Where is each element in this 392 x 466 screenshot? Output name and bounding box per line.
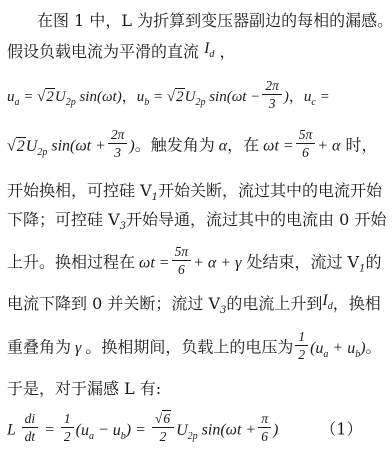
math-run: L (7, 422, 20, 439)
text-run: ， (122, 87, 137, 105)
denominator: 6 (296, 143, 316, 161)
fraction: 5π6 (296, 127, 316, 161)
variable-base: u (7, 89, 15, 105)
variable: uc (304, 89, 316, 105)
fraction: √62 (152, 411, 174, 445)
denominator: 3 (108, 143, 128, 161)
math-run: + (328, 340, 347, 357)
paragraph-line: 开始换相，可控硅 V1开始关断，流过其中的电流开始 (7, 180, 385, 202)
text-run: 。触发角为 (135, 136, 215, 155)
numerator: 2π (262, 78, 282, 94)
variable: U2p (26, 138, 48, 155)
sqrt-expression: √2 (7, 137, 26, 155)
numerator: 2π (108, 127, 128, 143)
math-run: sin(ωt + (47, 138, 106, 155)
paragraph-line: 于是，对于漏感 L 有: (7, 378, 385, 400)
variable: ua (81, 422, 94, 439)
denominator: 2 (295, 345, 308, 363)
variable-base: U (26, 138, 38, 155)
variable-subscript: d (209, 49, 214, 60)
paragraph-line: 重叠角为 γ 。换相期间，负载上的电压为12(ua + ub)。 (7, 331, 385, 365)
numerator: √6 (152, 411, 174, 427)
fraction: 12 (61, 411, 74, 445)
radical-sign: √ (7, 138, 16, 155)
numerator: π (258, 411, 271, 427)
math-run: α (215, 138, 227, 155)
text-run: 电流下降到 0 并关断；流过 V (7, 294, 220, 313)
fraction: 2π3 (108, 127, 128, 161)
sqrt-expression: √6 (155, 410, 171, 426)
text-run: 的电流上升到 (226, 294, 322, 313)
equation-line: √2U2p sin(ωt +2π3)。触发角为 α，在 ωt =5π6+ α 时… (7, 129, 385, 163)
text-run: 处结束，流过 V (241, 253, 359, 272)
math-run: + α + γ (193, 255, 241, 272)
variable-base: U (55, 89, 66, 105)
fraction: π6 (258, 411, 271, 445)
equation-line: ua = √2U2p sin(ωt)，ub = √2U2p sin(ωt −2π… (7, 80, 385, 114)
sqrt-expression: √2 (167, 88, 185, 105)
math-run: ) = (126, 422, 150, 439)
math-run: γ (71, 340, 85, 357)
text-run: 的 (365, 253, 381, 272)
denominator: 6 (172, 260, 192, 278)
variable-base: U (176, 422, 188, 439)
text-run: ，在 (227, 136, 259, 155)
variable-subscript: 2p (195, 97, 205, 108)
numerator: 5π (172, 244, 192, 260)
math-run: ωt = (135, 255, 170, 272)
numerator: 1 (61, 411, 74, 427)
radicand: 2 (175, 88, 185, 105)
text-run: ，换相 (333, 294, 381, 313)
math-run: = (316, 89, 330, 105)
fraction: didt (22, 411, 39, 445)
text-run: 。 (366, 338, 382, 357)
text-run: 开始换相，可控硅 V (7, 181, 152, 200)
fraction: 5π6 (172, 244, 192, 278)
text-run: 在图 1 中，L 为折算到变压器副边的每相的漏感。 (37, 11, 392, 30)
variable: Id (204, 38, 214, 60)
text-run: 假设负载电流为平滑的直流 (7, 42, 204, 61)
paragraph-line: 电流下降到 0 并关断；流过 V3的电流上升到Id，换相 (7, 293, 385, 316)
numerator: di (22, 411, 39, 427)
text-run: 上升。换相过程在 (7, 253, 135, 272)
variable: ub (113, 422, 126, 439)
denominator: 6 (258, 427, 271, 445)
paragraph-line: 在图 1 中，L 为折算到变压器副边的每相的漏感。 (7, 10, 385, 32)
radicand: 6 (162, 410, 171, 426)
variable-subscript: 2p (188, 431, 198, 442)
text-run: 时， (340, 136, 377, 155)
math-run: ωt = (259, 138, 294, 155)
variable-subscript: 2p (66, 97, 76, 108)
variable-subscript: d (328, 301, 333, 312)
variable: ub (137, 89, 150, 105)
denominator: 2 (152, 427, 174, 445)
text-run: ， (214, 42, 235, 61)
text-run: 下降；可控硅 V (7, 210, 120, 229)
denominator: 2 (61, 427, 74, 445)
paragraph-line: 下降；可控硅 V3开始导通，流过其中的电流由 0 开始 (7, 209, 385, 231)
math-run: sin(ωt) (76, 89, 122, 105)
numerator: 5π (296, 127, 316, 143)
math-run: sin(ωt + (198, 422, 257, 439)
radical-sign: √ (167, 89, 175, 105)
variable: Id (322, 290, 332, 312)
text-run: 。换相期间，负载上的电压为 (85, 338, 293, 357)
math-run: sin(ωt − (205, 89, 260, 105)
text-run: 于是，对于漏感 L 有: (7, 379, 161, 398)
paragraph-line: 假设负载电流为平滑的直流 Id ， (7, 41, 385, 64)
text-run: 开始关断，流过其中的电流开始 (158, 181, 382, 200)
text-run: 开始导通，流过其中的电流由 0 开始 (126, 210, 386, 229)
radicand: 2 (16, 137, 26, 155)
variable: U2p (176, 422, 198, 439)
equation-number: （1） (320, 420, 362, 439)
denominator: 3 (262, 94, 282, 112)
text-run: ， (289, 87, 304, 105)
variable: ua (315, 340, 328, 357)
variable: ua (7, 89, 20, 105)
variable-subscript: 2p (37, 147, 47, 158)
variable-base: u (81, 422, 89, 439)
denominator: dt (22, 427, 39, 445)
fraction: 2π3 (262, 78, 282, 112)
equation-line: L didt = 12(ua − ub) = √62U2p sin(ωt +π6… (7, 413, 385, 447)
math-run: ) (273, 422, 278, 439)
math-run: − (94, 422, 113, 439)
radicand: 2 (45, 88, 55, 105)
variable-base: U (185, 89, 196, 105)
text-run: 重叠角为 (7, 338, 71, 357)
variable: ub (347, 340, 360, 357)
paragraph-line: 上升。换相过程在 ωt =5π6+ α + γ 处结束，流过 V1的 (7, 246, 385, 280)
math-run: = (40, 422, 59, 439)
numerator: 1 (295, 329, 308, 345)
document-page: 在图 1 中，L 为折算到变压器副边的每相的漏感。 假设负载电流为平滑的直流 I… (0, 0, 392, 447)
variable: U2p (185, 89, 206, 105)
math-run: = (149, 89, 167, 105)
fraction: 12 (295, 329, 308, 363)
variable-base: u (113, 422, 121, 439)
math-run: + α (317, 138, 340, 155)
variable: U2p (55, 89, 76, 105)
sqrt-expression: √2 (37, 88, 55, 105)
math-run: = (20, 89, 38, 105)
